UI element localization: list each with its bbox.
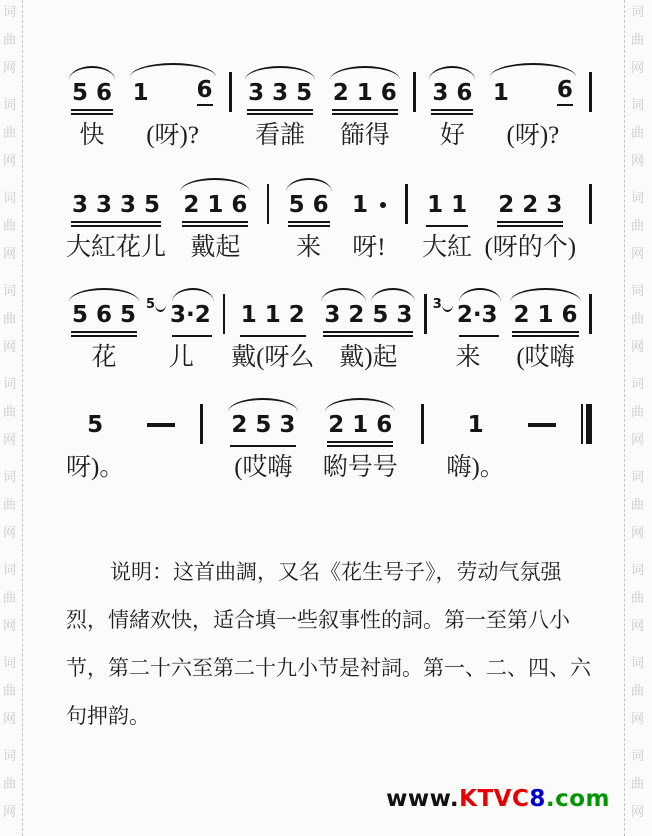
slur-arc <box>286 178 332 192</box>
note-row: 11 <box>421 178 473 230</box>
watermark-text: 曲 <box>631 313 644 326</box>
grace-tie-icon <box>442 303 453 312</box>
note-row: 1 <box>462 398 490 450</box>
watermark-text: 网 <box>631 713 644 726</box>
barline-row <box>579 390 595 450</box>
note-digit: 3·2 <box>170 302 211 328</box>
note-digit: 5 <box>296 80 312 106</box>
beam <box>288 225 330 227</box>
barline-row <box>419 390 426 450</box>
slur-arc <box>69 66 115 80</box>
watermark-text: 曲 <box>631 499 644 512</box>
note-digit: 5 <box>144 192 160 218</box>
grace-note-digit: 5 <box>146 298 155 311</box>
lyric-text: 来 <box>456 343 481 375</box>
beam <box>327 441 393 443</box>
note-group-cell: 11大紅 <box>421 178 473 265</box>
watermark-column-left: 词曲网词曲网词曲网词曲网词曲网词曲网词曲网词曲网词曲网 <box>3 0 21 836</box>
beam-lines <box>230 445 296 447</box>
slur-arc <box>172 288 214 302</box>
note-group-cell: 216篩得 <box>327 66 403 153</box>
watermark-text: 网 <box>3 248 16 261</box>
note-digit: 1 <box>352 192 368 218</box>
note-row: 3253 <box>318 288 418 340</box>
note-row: 53·2 <box>146 288 217 340</box>
note-digit: 5 <box>289 192 305 218</box>
note-group-cell: 1嗨)。 <box>446 398 504 485</box>
note-digit: 3 <box>546 192 562 218</box>
held-note-dash <box>147 423 175 427</box>
note-digit: 6 <box>231 192 247 218</box>
note-group-cell: 216戴起 <box>177 178 253 265</box>
watermark-text: 词 <box>3 657 16 670</box>
barline-cell <box>221 280 228 375</box>
watermark-text: 网 <box>631 527 644 540</box>
note-digit: 6 <box>313 192 329 218</box>
lyric-text: 快 <box>80 121 105 153</box>
beam <box>512 335 578 337</box>
watermark-text: 词 <box>3 192 16 205</box>
barline-cell <box>587 170 594 265</box>
lyric-text: 喲号号 <box>323 453 398 485</box>
note-group-cell: 53·2儿 <box>146 288 217 375</box>
note-group-cell: 1呀! <box>346 178 392 265</box>
note-digit: 3 <box>432 80 448 106</box>
note-group-cell: 335看誰 <box>242 66 318 153</box>
lyric-text: (哎嗨 <box>516 343 574 375</box>
note-group-cell: 216(哎嗨 <box>507 288 583 375</box>
beam <box>71 113 113 115</box>
note-group-cell: 56来 <box>283 178 335 265</box>
lyric-text: 戴起 <box>190 233 240 265</box>
note-digit: 6 <box>197 77 213 106</box>
slur-arc <box>69 288 139 302</box>
beam-lines <box>288 221 330 227</box>
description-line: 说明：这首曲調，又名《花生号子》，劳动气氛强 <box>66 548 596 596</box>
logo-com: .com <box>546 786 610 812</box>
note-group-cell: 565花 <box>66 288 142 375</box>
beam <box>172 335 212 337</box>
barline-cell <box>419 390 426 485</box>
beam <box>247 113 313 115</box>
beam <box>327 445 393 447</box>
slur-arc-pair <box>321 288 415 300</box>
note-row: 32·3 <box>433 288 504 340</box>
watermark-text: 网 <box>631 248 644 261</box>
note-digit: 1 <box>468 412 484 438</box>
note-group-cell: 223(呀的个) <box>484 178 576 265</box>
lyric-text: 好 <box>440 121 465 153</box>
note-digit: 2 <box>348 302 364 328</box>
note-group-cell: 36好 <box>426 66 478 153</box>
beam-lines <box>71 331 137 337</box>
ktvc8-logo[interactable]: www.KTVC8.com <box>386 786 610 812</box>
music-system: 565花53·2儿112戴(呀么3253戴)起32·3来216(哎嗨 <box>66 280 594 375</box>
barline-row <box>221 280 228 340</box>
note-row: 5 <box>81 398 109 450</box>
slur-arc <box>459 288 501 302</box>
beam <box>332 113 398 115</box>
watermark-text: 词 <box>631 285 644 298</box>
beam-lines <box>459 335 499 337</box>
music-system: 3335大紅花儿216戴起56来1呀!11大紅223(呀的个) <box>66 170 594 265</box>
beam <box>230 445 296 447</box>
note-digit: 6 <box>562 302 578 328</box>
logo-8: 8 <box>529 786 546 812</box>
beam <box>247 109 313 111</box>
music-system: 5呀)。253(哎嗨216喲号号1嗨)。 <box>66 390 594 485</box>
note-row: 36 <box>426 66 478 118</box>
note-row: 216 <box>322 398 398 450</box>
final-barline-cell <box>579 390 595 485</box>
note-digit: 5 <box>372 302 388 328</box>
beam <box>71 331 137 333</box>
barline-row <box>587 280 594 340</box>
watermark-text: 网 <box>631 341 644 354</box>
watermark-text: 词 <box>631 378 644 391</box>
note-group-cell: 3253戴)起 <box>318 288 418 375</box>
watermark-text: 词 <box>3 6 16 19</box>
barline <box>223 294 226 334</box>
barline <box>589 184 592 224</box>
watermark-text: 曲 <box>3 220 16 233</box>
description-line: 烈，情緒欢快，适合填一些叙事性的詞。第一至第八小 <box>66 596 596 644</box>
watermark-text: 词 <box>3 285 16 298</box>
watermark-column-right: 词曲网词曲网词曲网词曲网词曲网词曲网词曲网词曲网词曲网 <box>631 0 649 836</box>
beam <box>497 225 563 227</box>
held-note-dash <box>528 423 556 427</box>
watermark-text: 曲 <box>3 406 16 419</box>
note-digit: 3 <box>248 80 264 106</box>
beam <box>71 221 161 223</box>
slur-arc <box>130 63 216 77</box>
held-note-dash-cell <box>145 409 177 485</box>
barline <box>421 404 424 444</box>
barline-row <box>587 58 594 118</box>
note-digit: 6 <box>376 412 392 438</box>
note-digit: 2 <box>522 192 538 218</box>
beam-lines <box>247 109 313 115</box>
note-group-cell: 253(哎嗨 <box>225 398 301 485</box>
lyric-text: 来 <box>296 233 321 265</box>
note-row: 16 <box>487 63 579 118</box>
lyric-text: 看誰 <box>255 121 305 153</box>
watermark-text: 词 <box>631 750 644 763</box>
note-row: 56 <box>283 178 335 230</box>
note-digit: 2 <box>513 302 529 328</box>
note-row: 216 <box>177 178 253 230</box>
note-row: 1 <box>346 178 392 230</box>
watermark-text: 网 <box>631 155 644 168</box>
beam <box>431 109 473 111</box>
note-digit: 3 <box>272 80 288 106</box>
slur-arc <box>330 66 400 80</box>
beam <box>288 221 330 223</box>
barline-cell <box>403 170 410 265</box>
beam <box>182 225 248 227</box>
note-digit: 1 <box>357 80 373 106</box>
slur-arc <box>490 63 576 77</box>
lyric-text: 篩得 <box>340 121 390 153</box>
note-digit: 1 <box>451 192 467 218</box>
beam-lines <box>71 221 161 227</box>
barline-row <box>587 170 594 230</box>
beam <box>497 221 563 223</box>
watermark-text: 词 <box>3 471 16 484</box>
final-bar-thick-line <box>586 404 592 444</box>
lyric-text: 儿 <box>169 343 194 375</box>
slur-arc <box>228 398 298 412</box>
note-group-cell: 56快 <box>66 66 118 153</box>
note-row: 56 <box>66 66 118 118</box>
note-digit: 5 <box>87 412 103 438</box>
note-digit: 1 <box>241 302 257 328</box>
note-digit: 1 <box>352 412 368 438</box>
watermark-text: 网 <box>3 341 16 354</box>
note-row <box>526 409 558 450</box>
note-digit: 3 <box>279 412 295 438</box>
watermark-text: 曲 <box>631 592 644 605</box>
final-barline <box>581 404 593 444</box>
note-digit: 6 <box>557 77 573 106</box>
beam-lines <box>332 109 398 115</box>
watermark-text: 词 <box>631 564 644 577</box>
watermark-text: 曲 <box>631 127 644 140</box>
watermark-text: 曲 <box>631 685 644 698</box>
duration-dot <box>380 202 386 208</box>
score-page: 56快16(呀)?335看誰216篩得36好16(呀)?3335大紅花儿216戴… <box>0 0 652 836</box>
beam <box>512 331 578 333</box>
beam-lines <box>323 331 413 337</box>
note-digit: 3 <box>396 302 412 328</box>
note-digit: 6 <box>96 302 112 328</box>
watermark-text: 曲 <box>631 406 644 419</box>
note-digit: 1 <box>133 80 149 106</box>
note-row: 335 <box>242 66 318 118</box>
slur-arc <box>180 178 250 192</box>
barline-row <box>198 390 205 450</box>
beam-lines <box>240 335 306 337</box>
slur-arc <box>245 66 315 80</box>
watermark-text: 网 <box>631 806 644 819</box>
watermark-text: 曲 <box>631 34 644 47</box>
lyric-text: 大紅 <box>422 233 472 265</box>
final-bar-thin-line <box>581 404 584 444</box>
watermark-text: 曲 <box>3 685 16 698</box>
beam-lines <box>431 109 473 115</box>
beam-lines <box>512 331 578 337</box>
note-group-cell: 112戴(呀么 <box>231 288 314 375</box>
note-row: 216 <box>327 66 403 118</box>
beam <box>71 225 161 227</box>
watermark-text: 曲 <box>3 592 16 605</box>
note-row: 112 <box>235 288 311 340</box>
beam <box>182 221 248 223</box>
beam-lines <box>327 441 393 447</box>
slur-arc <box>510 288 580 302</box>
slur-arc <box>371 288 415 302</box>
note-digit: 5 <box>255 412 271 438</box>
watermark-text: 词 <box>3 378 16 391</box>
beam-lines <box>172 335 212 337</box>
note-digit: 1 <box>493 80 509 106</box>
note-digit: 2 <box>231 412 247 438</box>
barline-row <box>411 58 418 118</box>
beam <box>71 109 113 111</box>
barline-cell <box>411 58 418 153</box>
logo-ktvc: KTVC <box>459 786 529 812</box>
note-group-cell: 16(呀)? <box>127 63 219 153</box>
lyric-text: 呀! <box>352 233 385 265</box>
watermark-text: 词 <box>3 99 16 112</box>
barline <box>589 72 592 112</box>
barline <box>200 404 203 444</box>
note-group-cell: 32·3来 <box>433 288 504 375</box>
beam <box>332 109 398 111</box>
watermark-text: 词 <box>631 471 644 484</box>
barline <box>405 184 408 224</box>
grace-note-digit: 3 <box>433 298 442 311</box>
beam <box>323 335 413 337</box>
beam <box>426 225 468 227</box>
watermark-text: 网 <box>3 527 16 540</box>
watermark-text: 网 <box>3 62 16 75</box>
lyric-text: 戴)起 <box>339 343 397 375</box>
barline <box>424 294 427 334</box>
lyric-text: (呀)? <box>507 121 560 153</box>
barline-row <box>265 170 272 230</box>
barline <box>229 72 232 112</box>
watermark-text: 网 <box>3 155 16 168</box>
note-row: 253 <box>225 398 301 450</box>
beam-lines <box>71 109 113 115</box>
barline-row <box>403 170 410 230</box>
lyric-text: 花 <box>92 343 117 375</box>
description-paragraph: 说明：这首曲調，又名《花生号子》，劳动气氛强 烈，情緒欢快，适合填一些叙事性的詞… <box>66 548 596 740</box>
watermark-text: 网 <box>3 434 16 447</box>
watermark-text: 网 <box>3 620 16 633</box>
grace-note: 3 <box>433 298 453 312</box>
watermark-text: 网 <box>3 713 16 726</box>
lyric-text: (呀的个) <box>484 233 576 265</box>
note-row: 16 <box>127 63 219 118</box>
barline <box>267 184 270 224</box>
watermark-text: 曲 <box>3 313 16 326</box>
lyric-text: 大紅花儿 <box>66 233 166 265</box>
held-note-dash-cell <box>526 409 558 485</box>
beam <box>71 335 137 337</box>
logo-www: www. <box>386 786 459 812</box>
note-group-cell: 216喲号号 <box>322 398 398 485</box>
slur-arc <box>429 66 475 80</box>
watermark-text: 词 <box>631 657 644 670</box>
note-group-cell: 16(呀)? <box>487 63 579 153</box>
note-digit: 5 <box>72 302 88 328</box>
note-row: 223 <box>492 178 568 230</box>
barline-cell <box>227 58 234 153</box>
note-digit: 6 <box>96 80 112 106</box>
note-row: 216 <box>507 288 583 340</box>
note-digit: 5 <box>72 80 88 106</box>
note-digit: 6 <box>456 80 472 106</box>
note-digit: 3 <box>72 192 88 218</box>
beam <box>323 331 413 333</box>
barline-row <box>227 58 234 118</box>
beam <box>459 335 499 337</box>
description-line: 节，第二十六至第二十九小节是衬詞。第一、二、四、六 <box>66 644 596 692</box>
watermark-text: 曲 <box>631 220 644 233</box>
note-digit: 2·3 <box>457 302 498 328</box>
beam-lines <box>182 221 248 227</box>
barline-cell <box>265 170 272 265</box>
beam <box>240 335 306 337</box>
note-digit: 2 <box>328 412 344 438</box>
note-row: 3335 <box>66 178 166 230</box>
watermark-text: 曲 <box>3 127 16 140</box>
watermark-text: 曲 <box>3 778 16 791</box>
note-digit: 1 <box>207 192 223 218</box>
watermark-text: 网 <box>631 62 644 75</box>
watermark-text: 词 <box>3 750 16 763</box>
barline-row <box>422 280 429 340</box>
grace-tie-icon <box>155 303 166 312</box>
lyric-text: 嗨)。 <box>446 453 504 485</box>
watermark-text: 词 <box>631 6 644 19</box>
note-row: 565 <box>66 288 142 340</box>
description-line: 句押韵。 <box>66 692 596 740</box>
slur-arc <box>321 288 365 302</box>
watermark-text: 网 <box>631 434 644 447</box>
note-digit: 1 <box>427 192 443 218</box>
lyric-text: (哎嗨 <box>234 453 292 485</box>
note-digit: 2 <box>289 302 305 328</box>
lyric-text: 戴(呀么 <box>231 343 314 375</box>
note-digit: 3 <box>96 192 112 218</box>
barline <box>413 72 416 112</box>
watermark-text: 词 <box>631 99 644 112</box>
note-digit: 1 <box>538 302 554 328</box>
barline-cell <box>587 58 594 153</box>
watermark-text: 曲 <box>631 778 644 791</box>
watermark-text: 网 <box>3 806 16 819</box>
note-digit: 3 <box>324 302 340 328</box>
barline-cell <box>587 280 594 375</box>
note-digit: 2 <box>183 192 199 218</box>
beam-lines <box>426 225 468 227</box>
beam <box>431 113 473 115</box>
note-digit: 1 <box>265 302 281 328</box>
note-digit: 2 <box>498 192 514 218</box>
grace-note: 5 <box>146 298 166 312</box>
watermark-text: 词 <box>631 192 644 205</box>
barline-cell <box>422 280 429 375</box>
beam-lines <box>497 221 563 227</box>
watermark-text: 曲 <box>3 34 16 47</box>
note-digit: 3 <box>120 192 136 218</box>
note-digit: 2 <box>333 80 349 106</box>
note-digit: 6 <box>381 80 397 106</box>
barline <box>589 294 592 334</box>
watermark-text: 网 <box>631 620 644 633</box>
lyric-text: 呀)。 <box>66 453 124 485</box>
barline-cell <box>198 390 205 485</box>
note-row <box>145 409 177 450</box>
lyric-text: (呀)? <box>146 121 199 153</box>
slur-arc <box>325 398 395 412</box>
note-group-cell: 3335大紅花儿 <box>66 178 166 265</box>
watermark-text: 曲 <box>3 499 16 512</box>
music-system: 56快16(呀)?335看誰216篩得36好16(呀)? <box>66 58 594 153</box>
